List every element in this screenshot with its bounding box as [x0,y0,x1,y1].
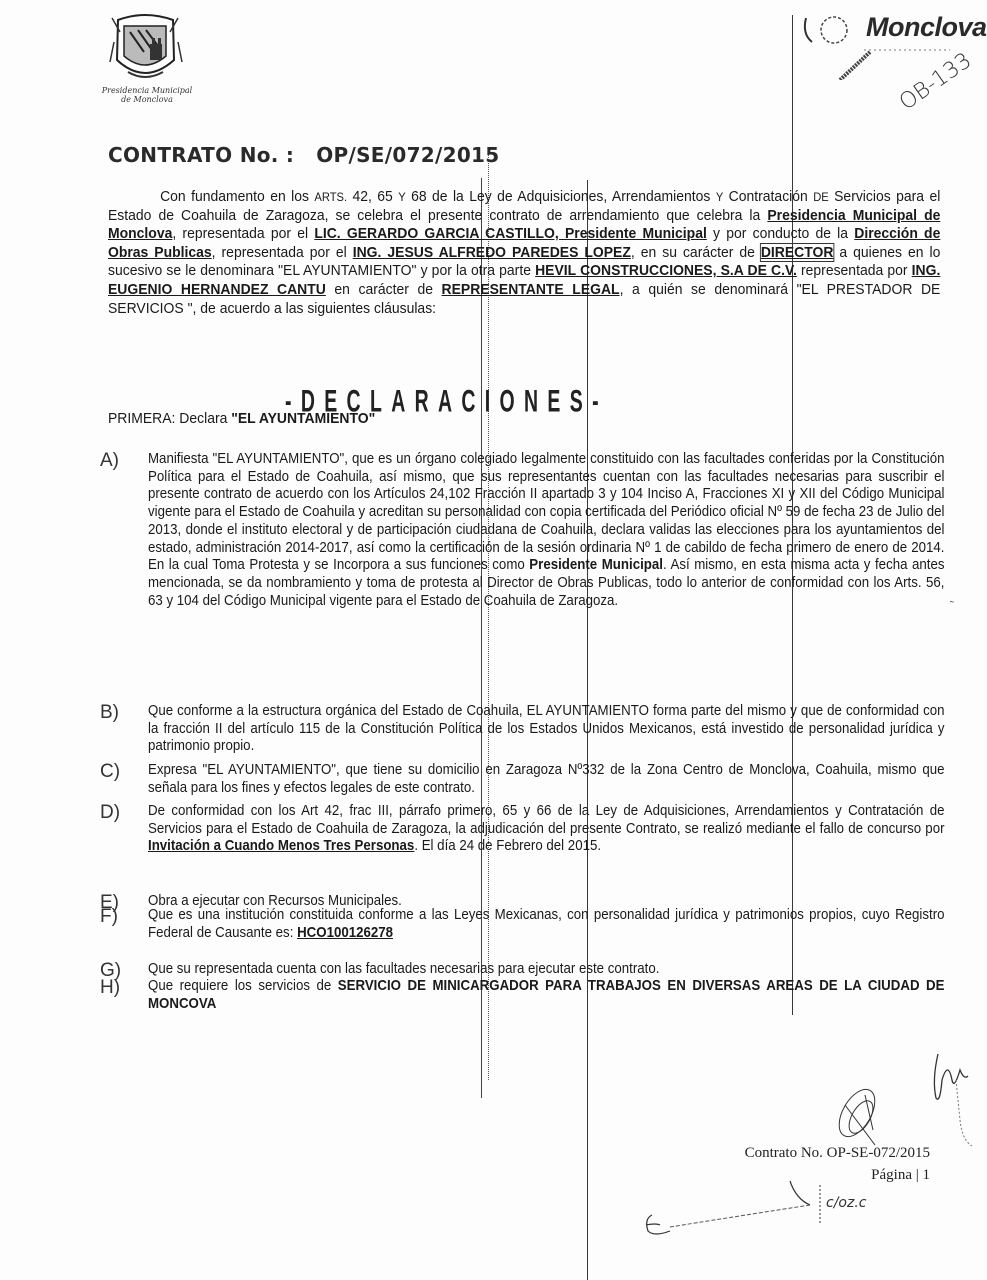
footer-contract-ref: Contrato No. OP-SE-072/2015 [730,1142,930,1164]
intro-text: Contratación [723,188,813,205]
crest-caption: Presidencia Municipal de Monclova [92,86,202,104]
party-director-role: DIRECTOR [761,244,834,261]
declaration-letter: F) [100,906,118,928]
intro-text: Con fundamento en los [160,188,314,205]
declaration-text: Expresa "EL AYUNTAMIENTO", que tiene su … [148,761,945,796]
party-presidente-name: LIC. GERARDO GARCIA CASTILLO, Presidente… [314,225,707,242]
intro-text: de [813,190,829,204]
declaration-text-part: De conformidad con los Art 42, frac III,… [148,802,945,837]
document-page: Presidencia Municipal de Monclova Monclo… [0,0,987,1280]
intro-text: y [716,190,723,204]
crest-caption-line: Presidencia Municipal [92,86,202,95]
declaration-text: Manifiesta "EL AYUNTAMIENTO", que es un … [148,450,945,609]
intro-text: representada por [797,262,912,279]
signature-note: c/oz.c [826,1195,866,1211]
intro-text: 42, 65 [347,188,398,205]
intro-text: y [398,190,405,204]
declaration-text-part: Expresa "EL AYUNTAMIENTO", que tiene su … [148,761,945,796]
declaration-text-part: Que es una institución constituida confo… [148,906,945,941]
declaration-letter: D) [100,802,120,824]
intro-text: , representada por el [172,225,314,242]
contract-title-label: CONTRATO No. : [108,143,294,167]
declaration-underlined-text: Invitación a Cuando Menos Tres Personas [148,837,414,854]
monclova-logo-text: Monclova [866,12,987,43]
party-representative-role: REPRESENTANTE LEGAL [442,281,620,298]
intro-text: , representada por el [212,244,353,261]
declaration-text: De conformidad con los Art 42, frac III,… [148,802,945,855]
declaration-text-part: Que conforme a la estructura orgánica de… [148,702,945,754]
intro-text: 68 de la Ley de Adquisiciones, Arrendami… [406,188,716,205]
contract-title: CONTRATO No. :OP/SE/072/2015 [108,143,500,167]
municipal-crest-icon [108,12,183,84]
declaration-underlined-text: HCO100126278 [297,924,393,941]
party-director-name: ING. JESUS ALFREDO PAREDES LOPEZ [353,244,631,261]
declaration-text-part: Manifiesta "EL AYUNTAMIENTO", que es un … [148,450,945,573]
declaration-text: Que su representada cuenta con las facul… [148,960,945,978]
intro-text: en carácter de [326,281,442,298]
declaration-letter: A) [100,450,119,472]
intro-paragraph: Con fundamento en los Arts. 42, 65 y 68 … [108,188,940,318]
declaration-text: Que requiere los servicios de SERVICIO D… [148,977,945,1012]
declaration-text-part: Que su representada cuenta con las facul… [148,960,659,977]
declaration-text: Que es una institución constituida confo… [148,906,945,941]
page-footer: Contrato No. OP-SE-072/2015 Página | 1 [730,1142,930,1186]
declaration-letter: H) [100,977,120,999]
declaration-text-part: . El día 24 de Febrero del 2015. [414,837,601,854]
declaration-letter: B) [100,702,119,724]
declaration-bold-text: Presidente Municipal [529,556,663,573]
contract-number: OP/SE/072/2015 [316,143,499,167]
intro-text: Arts. [314,190,347,204]
primera-party: "EL AYUNTAMIENTO" [231,410,375,427]
declaration-text: Que conforme a la estructura orgánica de… [148,702,945,755]
footer-page-number: Página | 1 [730,1164,930,1186]
intro-text: , en su carácter de [631,244,761,261]
primera-heading: PRIMERA: Declara "EL AYUNTAMIENTO" [108,410,375,427]
signature-icon [930,1050,987,1150]
primera-label: PRIMERA: Declara [108,410,231,427]
scan-mark: ˜ [950,600,954,612]
intro-text: y por conducto de la [707,225,854,242]
declaration-text-part: Que requiere los servicios de [148,977,338,994]
party-company: HEVIL CONSTRUCCIONES, S.A DE C.V. [535,262,797,279]
crest-caption-line: de Monclova [92,95,202,104]
declaration-letter: C) [100,761,120,783]
